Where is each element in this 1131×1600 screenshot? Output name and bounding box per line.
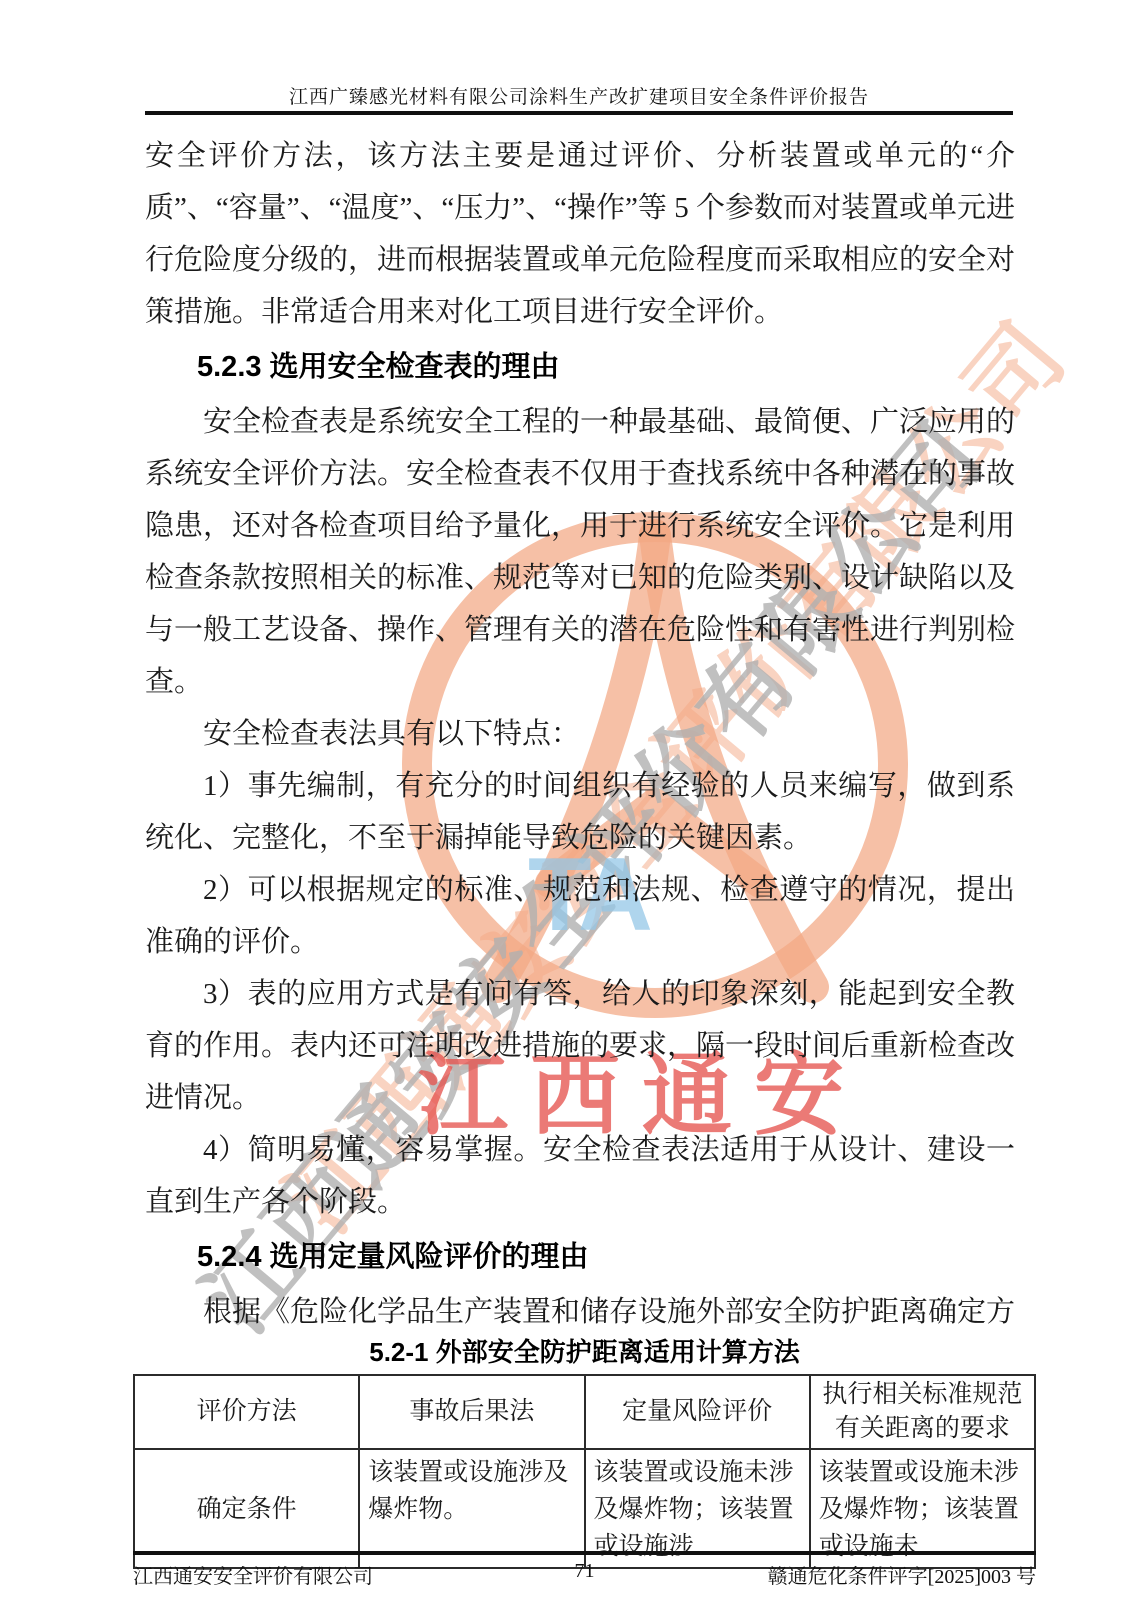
table-header-cell: 定量风险评价	[585, 1375, 810, 1449]
footer-doc-number: 赣通危化条件评字[2025]003 号	[768, 1560, 1036, 1589]
list-item: 1）事先编制，有充分的时间组织有经验的人员来编写，做到系统化、完整化，不至于漏掉…	[145, 760, 1015, 864]
document-page: 江西通安安全评价有限公司 江西通安安全评价有限公司 TA 江西通安 江西广臻感光…	[0, 0, 1131, 1600]
table-header-cell: 评价方法	[134, 1375, 359, 1449]
table-header-row: 评价方法 事故后果法 定量风险评价 执行相关标准规范有关距离的要求	[134, 1375, 1035, 1449]
section-heading-523: 5.2.3 选用安全检查表的理由	[145, 340, 1015, 394]
table-header-cell: 事故后果法	[359, 1375, 584, 1449]
distance-method-table: 评价方法 事故后果法 定量风险评价 执行相关标准规范有关距离的要求 确定条件 该…	[133, 1374, 1036, 1569]
list-item: 4）简明易懂，容易掌握。安全检查表法适用于从设计、建设一直到生产各个阶段。	[145, 1124, 1015, 1228]
paragraph: 根据《危险化学品生产装置和储存设施外部安全防护距离确定方法》（GB/T37243…	[145, 1286, 1015, 1326]
paragraph: 安全检查表是系统安全工程的一种最基础、最简便、广泛应用的系统安全评价方法。安全检…	[145, 396, 1015, 708]
document-body: 安全评价方法，该方法主要是通过评价、分析装置或单元的“介质”、“容量”、“温度”…	[145, 130, 1015, 1326]
header-rule	[145, 111, 1013, 115]
section-heading-524: 5.2.4 选用定量风险评价的理由	[145, 1230, 1015, 1284]
paragraph: 安全检查表法具有以下特点：	[145, 708, 1015, 760]
page-header-title: 江西广臻感光材料有限公司涂料生产改扩建项目安全条件评价报告	[145, 82, 1013, 109]
list-item: 2）可以根据规定的标准、规范和法规、检查遵守的情况，提出准确的评价。	[145, 864, 1015, 968]
table-header-cell: 执行相关标准规范有关距离的要求	[810, 1375, 1035, 1449]
footer-rule	[133, 1551, 1036, 1555]
list-item: 3）表的应用方式是有问有答，给人的印象深刻，能起到安全教育的作用。表内还可注明改…	[145, 968, 1015, 1124]
table-caption: 5.2-1 外部安全防护距离适用计算方法	[133, 1332, 1036, 1369]
paragraph: 安全评价方法，该方法主要是通过评价、分析装置或单元的“介质”、“容量”、“温度”…	[145, 130, 1015, 338]
